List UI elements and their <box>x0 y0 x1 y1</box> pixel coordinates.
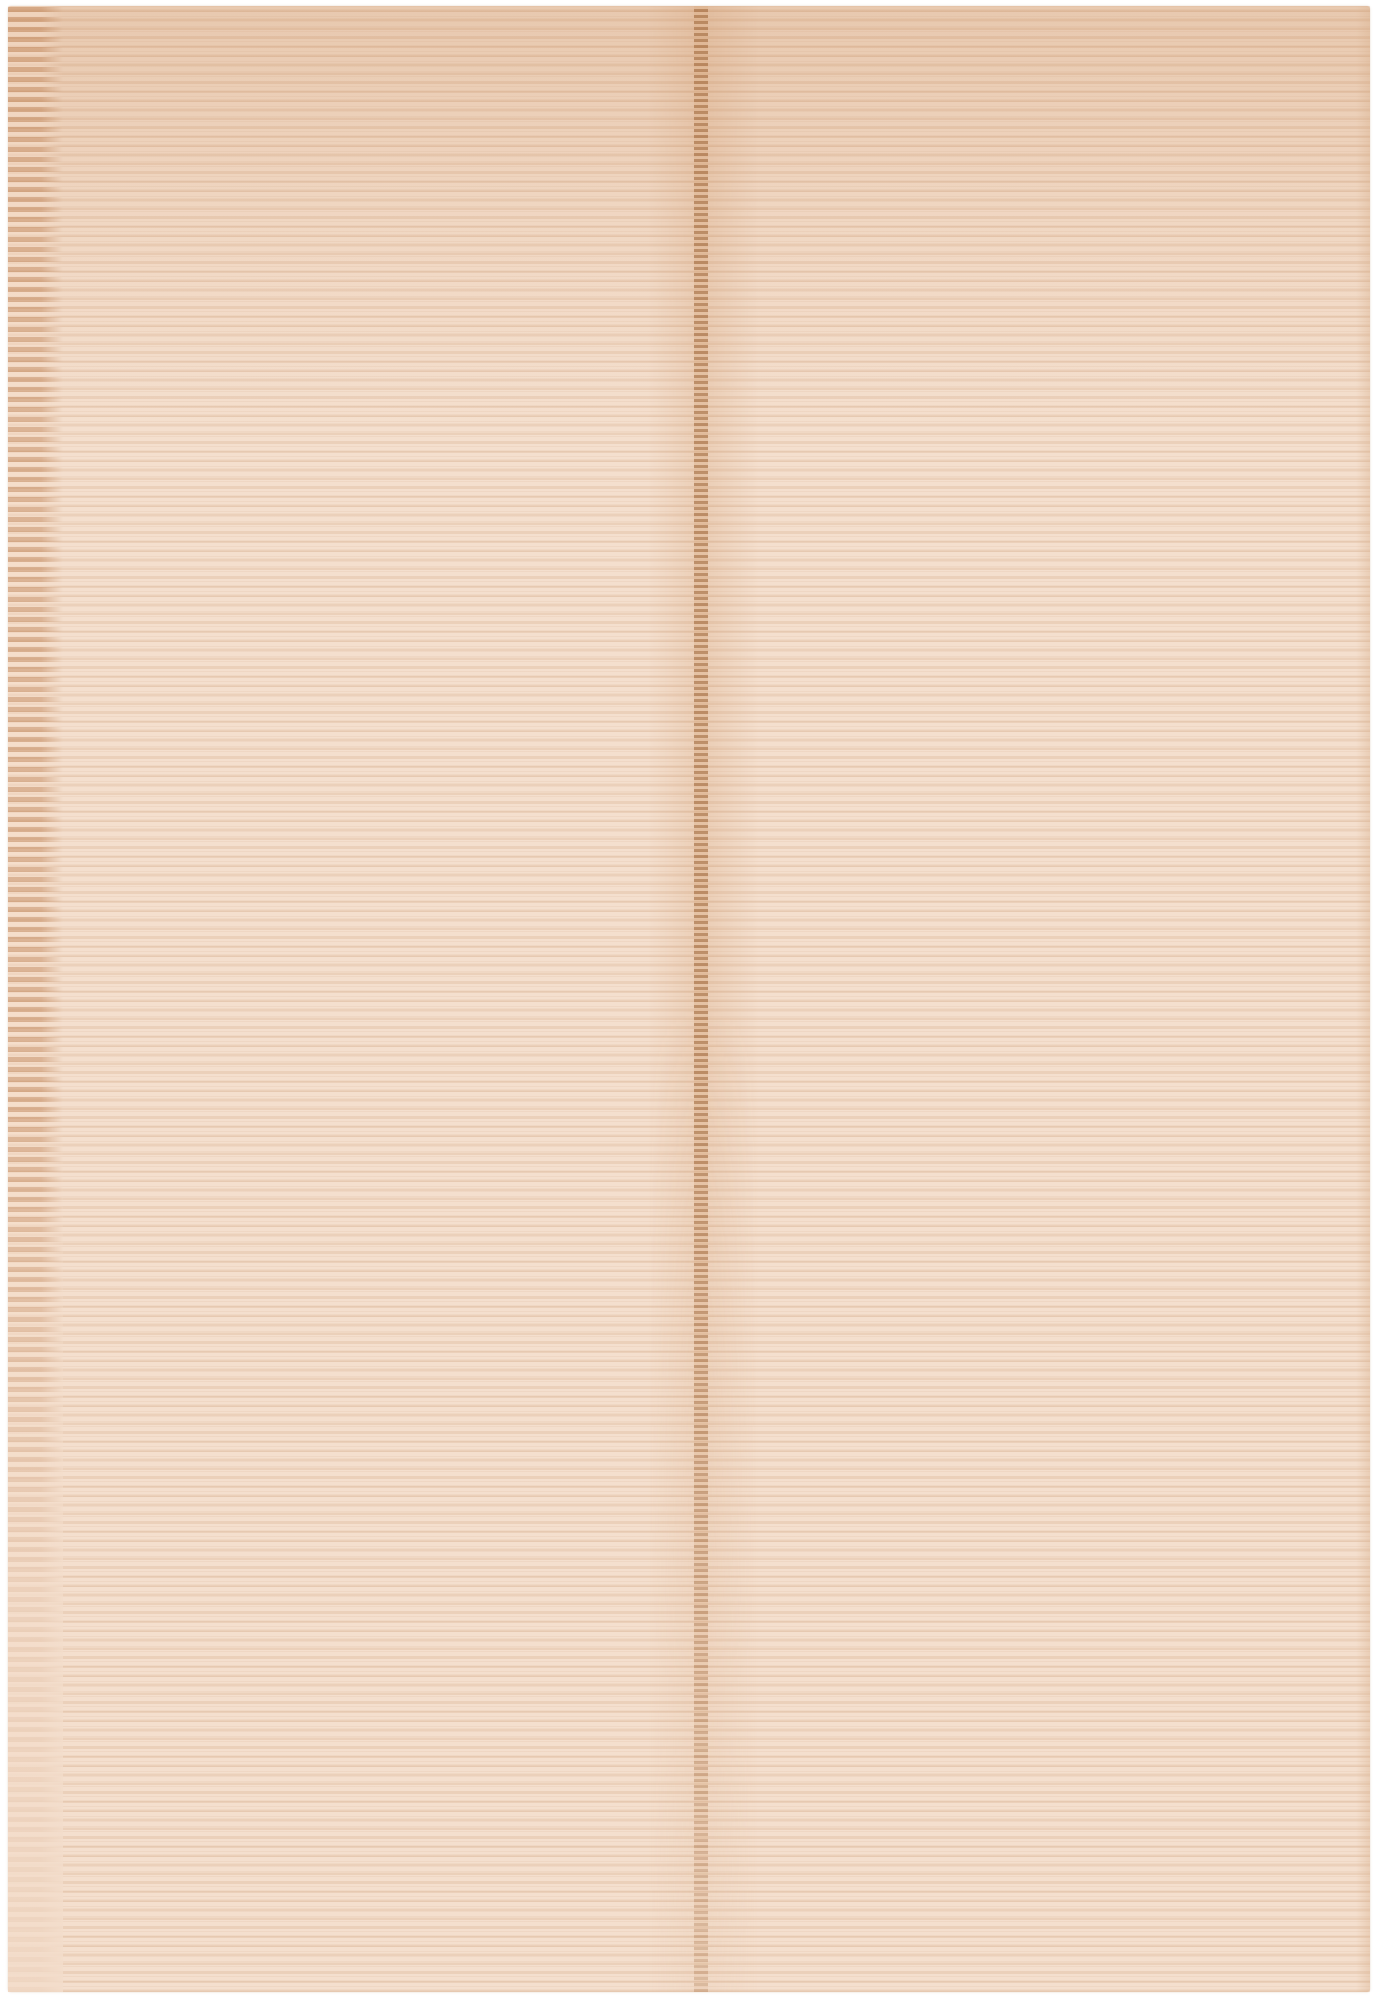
rug-right-edge <box>1356 6 1370 1992</box>
rug-center-seam <box>694 6 708 1992</box>
rug-photo <box>8 6 1370 1992</box>
rug-left-border-fade <box>8 6 63 1992</box>
